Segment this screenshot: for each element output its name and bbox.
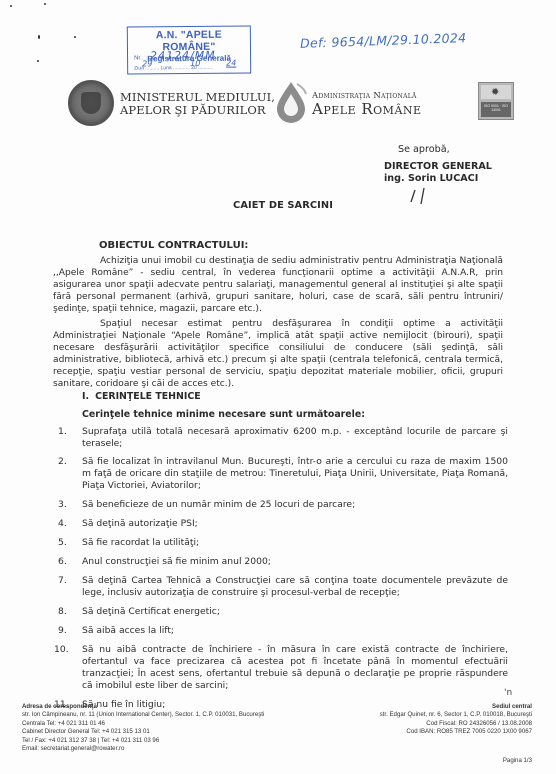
stamp-month: 10: [190, 59, 200, 68]
footer-left-line: Centrala Tel: +4 021 311 01 46: [22, 720, 264, 728]
footer-right-line: Cod IBAN: RO85 TREZ 7005 0220 1X00 9067: [380, 728, 532, 736]
requirement-number: 1.: [58, 426, 80, 438]
requirement-item: 5.Să fie racordat la utilităţi;: [58, 537, 508, 549]
requirement-number: 4.: [58, 518, 80, 530]
objective-heading: OBIECTUL CONTRACTULUI:: [99, 240, 248, 251]
requirement-number: 3.: [58, 499, 80, 511]
requirement-item: 3.Să beneficieze de un număr minim de 25…: [58, 499, 508, 511]
footer-right-line: str. Edgar Quinet, nr. 6, Sector 1, C.P.…: [380, 711, 532, 719]
anar-line2: Apele Române: [312, 100, 422, 118]
approval-signatory: ing. Sorin LUCACI: [384, 173, 478, 184]
requirement-number: 9.: [58, 625, 80, 637]
document-title: CAIET DE SARCINI: [0, 200, 556, 211]
requirement-number: 7.: [58, 575, 80, 587]
footer-left-line: str. Ion Câmpineanu, nr. 11 (Union Inter…: [22, 711, 264, 719]
requirement-number: 2.: [58, 456, 80, 468]
requirement-item: 10.Să nu aibă contracte de închiriere - …: [58, 644, 508, 692]
requirement-text: Să fie racordat la utilităţi;: [82, 537, 199, 548]
stamp-nr-label: Nr.: [134, 55, 142, 61]
requirements-list: 1.Suprafaţa utilă totală necesară aproxi…: [58, 426, 508, 717]
requirement-item: 2.Să fie localizat în intravilanul Mun. …: [58, 456, 508, 492]
space-paragraph: Spaţiul necesar estimat pentru desfăşura…: [53, 318, 503, 390]
requirement-item: 9.Să aibă acces la lift;: [58, 625, 508, 637]
page-number: Pagina 1/3: [503, 757, 532, 764]
requirement-number: 5.: [58, 537, 80, 549]
stamp-year: 24: [226, 59, 236, 68]
document-page: A.N. "APELE ROMÂNE" Registratura General…: [0, 0, 556, 774]
requirement-text: Să deţină autorizaţie PSI;: [82, 518, 198, 529]
approval-line: Se aprobă,: [398, 144, 450, 155]
scan-speck: [10, 5, 12, 7]
footer-left-line: Cabinet Director General Tel: +4 021 315…: [22, 728, 264, 736]
scan-speck: [37, 60, 39, 62]
anar-name: Administraţia Naţională Apele Române: [312, 91, 422, 118]
footer-email: Email: secretariat.general@rowater.ro: [22, 745, 264, 753]
registry-stamp: A.N. "APELE ROMÂNE" Registratura General…: [127, 25, 251, 74]
government-seal-icon: [68, 80, 114, 126]
scan-speck: [44, 3, 46, 5]
footer-correspondence: Adresa de corespondenţă str. Ion Câmpine…: [22, 703, 264, 753]
scan-speck: [38, 35, 40, 39]
scan-speck: [74, 36, 76, 38]
requirement-text: Anul construcţiei să fie minim anul 2000…: [82, 556, 271, 567]
footer-headquarters: Sediul central str. Edgar Quinet, nr. 6,…: [380, 703, 532, 737]
requirement-text: Să deţină Certificat energetic;: [82, 606, 220, 617]
iso-certification-badge-icon: ✹ ISO 9001 · ISO 14001: [478, 82, 514, 120]
requirement-text: Suprafaţa utilă totală necesară aproxima…: [82, 426, 508, 449]
section-number: I.: [82, 391, 89, 402]
requirement-text: Să nu aibă contracte de închiriere - în …: [82, 644, 508, 691]
stamp-nr-value: 24124/MM: [150, 49, 216, 63]
requirement-item: 7.Să deţină Cartea Tehnică a Construcţie…: [58, 575, 508, 599]
water-drop-logo-icon: [273, 80, 309, 124]
requirement-item: 4.Să deţină autorizaţie PSI;: [58, 518, 508, 530]
cert-badge-text: ISO 9001 · ISO 14001: [481, 102, 511, 117]
requirement-text: Să beneficieze de un număr minim de 25 l…: [82, 499, 355, 510]
footer-right-heading: Sediul central: [380, 703, 532, 711]
section-heading: I.CERINŢELE TEHNICE: [82, 391, 201, 402]
requirement-text: Să fie localizat în intravilanul Mun. Bu…: [82, 456, 508, 491]
footer-left-heading: Adresa de corespondenţă: [22, 703, 264, 711]
footer-left-line: Tel / Fax: +4 021 312 37 38 | Tel: +4 02…: [22, 737, 264, 745]
requirement-number: 8.: [58, 606, 80, 618]
requirement-number: 10.: [54, 644, 76, 656]
margin-mark: 'n: [504, 688, 512, 698]
ministry-line2: APELOR ŞI PĂDURILOR: [120, 104, 275, 117]
approval-title: DIRECTOR GENERAL: [384, 161, 492, 172]
requirement-item: 1.Suprafaţa utilă totală necesară aproxi…: [58, 426, 508, 450]
requirement-item: 6.Anul construcţiei să fie minim anul 20…: [58, 556, 508, 568]
requirement-text: Să deţină Cartea Tehnică a Construcţiei …: [82, 575, 508, 598]
footer-right-line: Cod Fiscal: RO 24326056 / 13.08.2008: [380, 720, 532, 728]
section-title: CERINŢELE TEHNICE: [95, 391, 201, 402]
requirement-text: Să aibă acces la lift;: [82, 625, 174, 636]
section-intro: Cerinţele tehnice minime necesare sunt u…: [82, 409, 365, 420]
handwritten-reference: Def: 9654/LM/29.10.2024: [300, 30, 467, 51]
requirement-number: 6.: [58, 556, 80, 568]
requirement-item: 8.Să deţină Certificat energetic;: [58, 606, 508, 618]
stamp-day: 29: [142, 59, 152, 68]
objective-paragraph: Achiziţia unui imobil cu destinaţia de s…: [53, 255, 503, 315]
ministry-name: MINISTERUL MEDIULUI, APELOR ŞI PĂDURILOR: [120, 91, 275, 117]
